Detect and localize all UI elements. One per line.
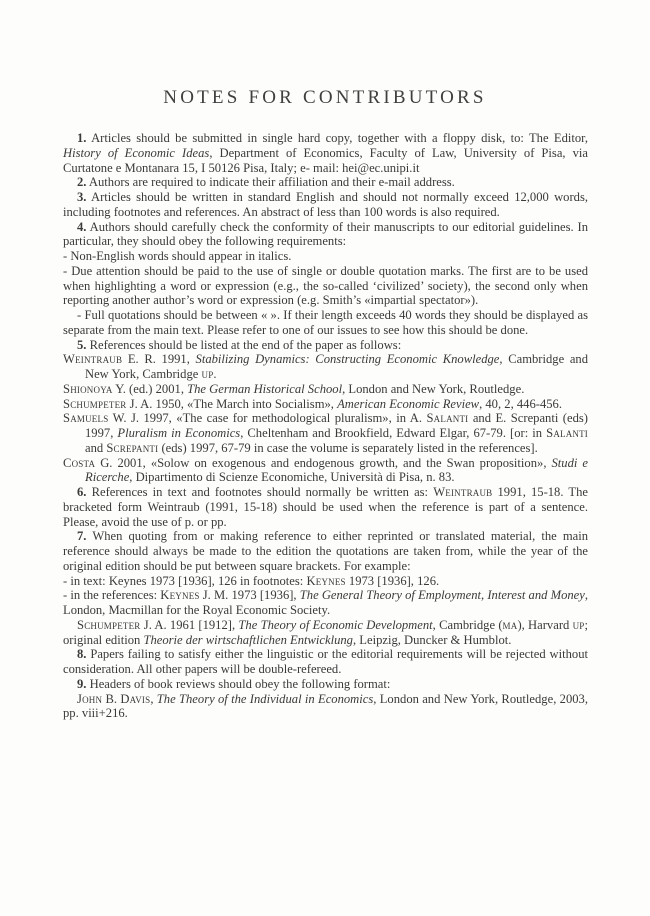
- text-run: Keynes: [160, 588, 199, 602]
- text-run: Authors should carefully check the confo…: [63, 220, 588, 249]
- paragraph: 4. Authors should carefully check the co…: [63, 220, 588, 250]
- text-run: 1973 [1936], 126.: [346, 574, 439, 588]
- text-run: American Economic Review: [337, 397, 479, 411]
- text-run: Weintraub: [63, 352, 122, 366]
- text-run: References should be listed at the end o…: [86, 338, 401, 352]
- text-run: , London and New York, Routledge.: [342, 382, 524, 396]
- text-run: Weintraub: [433, 485, 492, 499]
- paragraph: - Due attention should be paid to the us…: [63, 264, 588, 308]
- text-run: G. 2001, «Solow on exogenous and endogen…: [95, 456, 551, 470]
- text-run: W. J. 1997, «The case for methodological…: [108, 411, 426, 425]
- text-run: The Theory of Economic Development: [238, 618, 432, 632]
- text-run: Stabilizing Dynamics: Constructing Econo…: [196, 352, 500, 366]
- paragraph: - in text: Keynes 1973 [1936], 126 in fo…: [63, 574, 588, 589]
- paragraph: - Non-English words should appear in ita…: [63, 249, 588, 264]
- paragraph: Shionoya Y. (ed.) 2001, The German Histo…: [63, 382, 588, 397]
- paragraph: Weintraub E. R. 1991, Stabilizing Dynami…: [63, 352, 588, 382]
- paragraph: 8. Papers failing to satisfy either the …: [63, 647, 588, 677]
- text-run: John: [77, 692, 102, 706]
- text-run: E. R. 1991,: [122, 352, 195, 366]
- text-run: History of Economic Ideas: [63, 146, 209, 160]
- text-run: Salanti: [546, 426, 588, 440]
- text-run: ), Harvard: [517, 618, 572, 632]
- text-run: B.: [102, 692, 120, 706]
- text-run: Schumpeter: [77, 618, 141, 632]
- text-run: Salanti: [426, 411, 468, 425]
- text-run: Y. (ed.) 2001,: [113, 382, 188, 396]
- page-title: NOTES FOR CONTRIBUTORS: [0, 87, 650, 109]
- text-run: and: [85, 441, 106, 455]
- paragraph: Samuels W. J. 1997, «The case for method…: [63, 411, 588, 455]
- text-run: , Leipzig, Duncker & Humblot.: [353, 633, 511, 647]
- text-run: Pluralism in Economics: [117, 426, 240, 440]
- text-run: Authors are required to indicate their a…: [86, 175, 454, 189]
- text-run: .: [213, 367, 216, 381]
- paragraph: Schumpeter J. A. 1961 [1912], The Theory…: [63, 618, 588, 648]
- text-run: - Due attention should be paid to the us…: [63, 264, 588, 308]
- text-run: Papers failing to satisfy either the lin…: [63, 647, 588, 676]
- text-run: up: [573, 618, 585, 632]
- text-run: When quoting from or making reference to…: [63, 529, 588, 573]
- text-run: Samuels: [63, 411, 108, 425]
- paragraph: Costa G. 2001, «Solow on exogenous and e…: [63, 456, 588, 486]
- paragraph: 3. Articles should be written in standar…: [63, 190, 588, 220]
- text-run: - Full quotations should be between « ».…: [63, 308, 588, 337]
- text-run: ma: [503, 618, 518, 632]
- text-run: Davis: [120, 692, 150, 706]
- text-run: References in text and footnotes should …: [86, 485, 433, 499]
- paragraph: Schumpeter J. A. 1950, «The March into S…: [63, 397, 588, 412]
- text-run: The Theory of the Individual in Economic…: [157, 692, 373, 706]
- paragraph: 6. References in text and footnotes shou…: [63, 485, 588, 529]
- text-run: Theorie der wirtschaftlichen Entwicklung: [143, 633, 353, 647]
- text-run: - in text: Keynes 1973 [1936], 126 in fo…: [63, 574, 306, 588]
- text-run: Costa: [63, 456, 95, 470]
- text-run: Shionoya: [63, 382, 113, 396]
- text-run: Headers of book reviews should obey the …: [86, 677, 390, 691]
- text-run: J. A. 1950, «The March into Socialism»,: [127, 397, 338, 411]
- paragraph: 7. When quoting from or making reference…: [63, 529, 588, 573]
- text-run: up: [202, 367, 214, 381]
- paragraph: John B. Davis, The Theory of the Individ…: [63, 692, 588, 722]
- text-run: , Dipartimento di Scienze Economiche, Un…: [129, 470, 454, 484]
- paragraph: 9. Headers of book reviews should obey t…: [63, 677, 588, 692]
- text-run: , 40, 2, 446-456.: [479, 397, 562, 411]
- text-run: The General Theory of Employment, Intere…: [300, 588, 585, 602]
- text-run: Articles should be written in standard E…: [63, 190, 588, 219]
- text-run: Articles should be submitted in single h…: [86, 131, 588, 145]
- paragraph: 2. Authors are required to indicate thei…: [63, 175, 588, 190]
- paragraph: 1. Articles should be submitted in singl…: [63, 131, 588, 175]
- paragraph: - Full quotations should be between « ».…: [63, 308, 588, 338]
- text-run: , Cambridge (: [433, 618, 503, 632]
- paragraph: 5. References should be listed at the en…: [63, 338, 588, 353]
- text-run: J. A. 1961 [1912],: [141, 618, 239, 632]
- text-run: The German Historical School: [187, 382, 342, 396]
- text-run: - in the references:: [63, 588, 160, 602]
- text-run: Keynes: [306, 574, 345, 588]
- text-run: - Non-English words should appear in ita…: [63, 249, 291, 263]
- text-run: Schumpeter: [63, 397, 127, 411]
- paragraph: - in the references: Keynes J. M. 1973 […: [63, 588, 588, 618]
- text-run: , Cheltenham and Brookfield, Edward Elga…: [240, 426, 546, 440]
- scanned-journal-page: NOTES FOR CONTRIBUTORS 1. Articles shoul…: [0, 0, 650, 916]
- text-run: Screpanti: [106, 441, 158, 455]
- text-run: (eds) 1997, 67-79 in case the volume is …: [158, 441, 537, 455]
- text-run: J. M. 1973 [1936],: [200, 588, 300, 602]
- document-body: 1. Articles should be submitted in singl…: [63, 131, 588, 721]
